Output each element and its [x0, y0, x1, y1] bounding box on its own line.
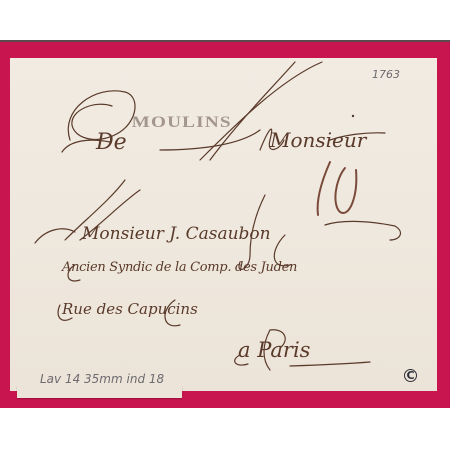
pencil-note: Lav 14 35mm ind 18	[40, 372, 164, 386]
address-line-title: Ancien Syndic de la Comp. des Juden	[62, 260, 297, 275]
tax-mark-strokes	[318, 162, 357, 215]
year-annotation: 1763	[372, 68, 400, 81]
address-line-recipient: Monsieur J. Casaubon	[82, 224, 271, 244]
dealer-mark-icon: C	[404, 369, 417, 382]
address-line-street: Rue des Capucins	[62, 300, 198, 318]
address-line-de: De	[96, 130, 127, 155]
address-line-monsieur: Monsieur	[270, 128, 366, 152]
address-line-city: a Paris	[238, 338, 310, 362]
postmark-stamp: MOULINS	[132, 114, 232, 132]
